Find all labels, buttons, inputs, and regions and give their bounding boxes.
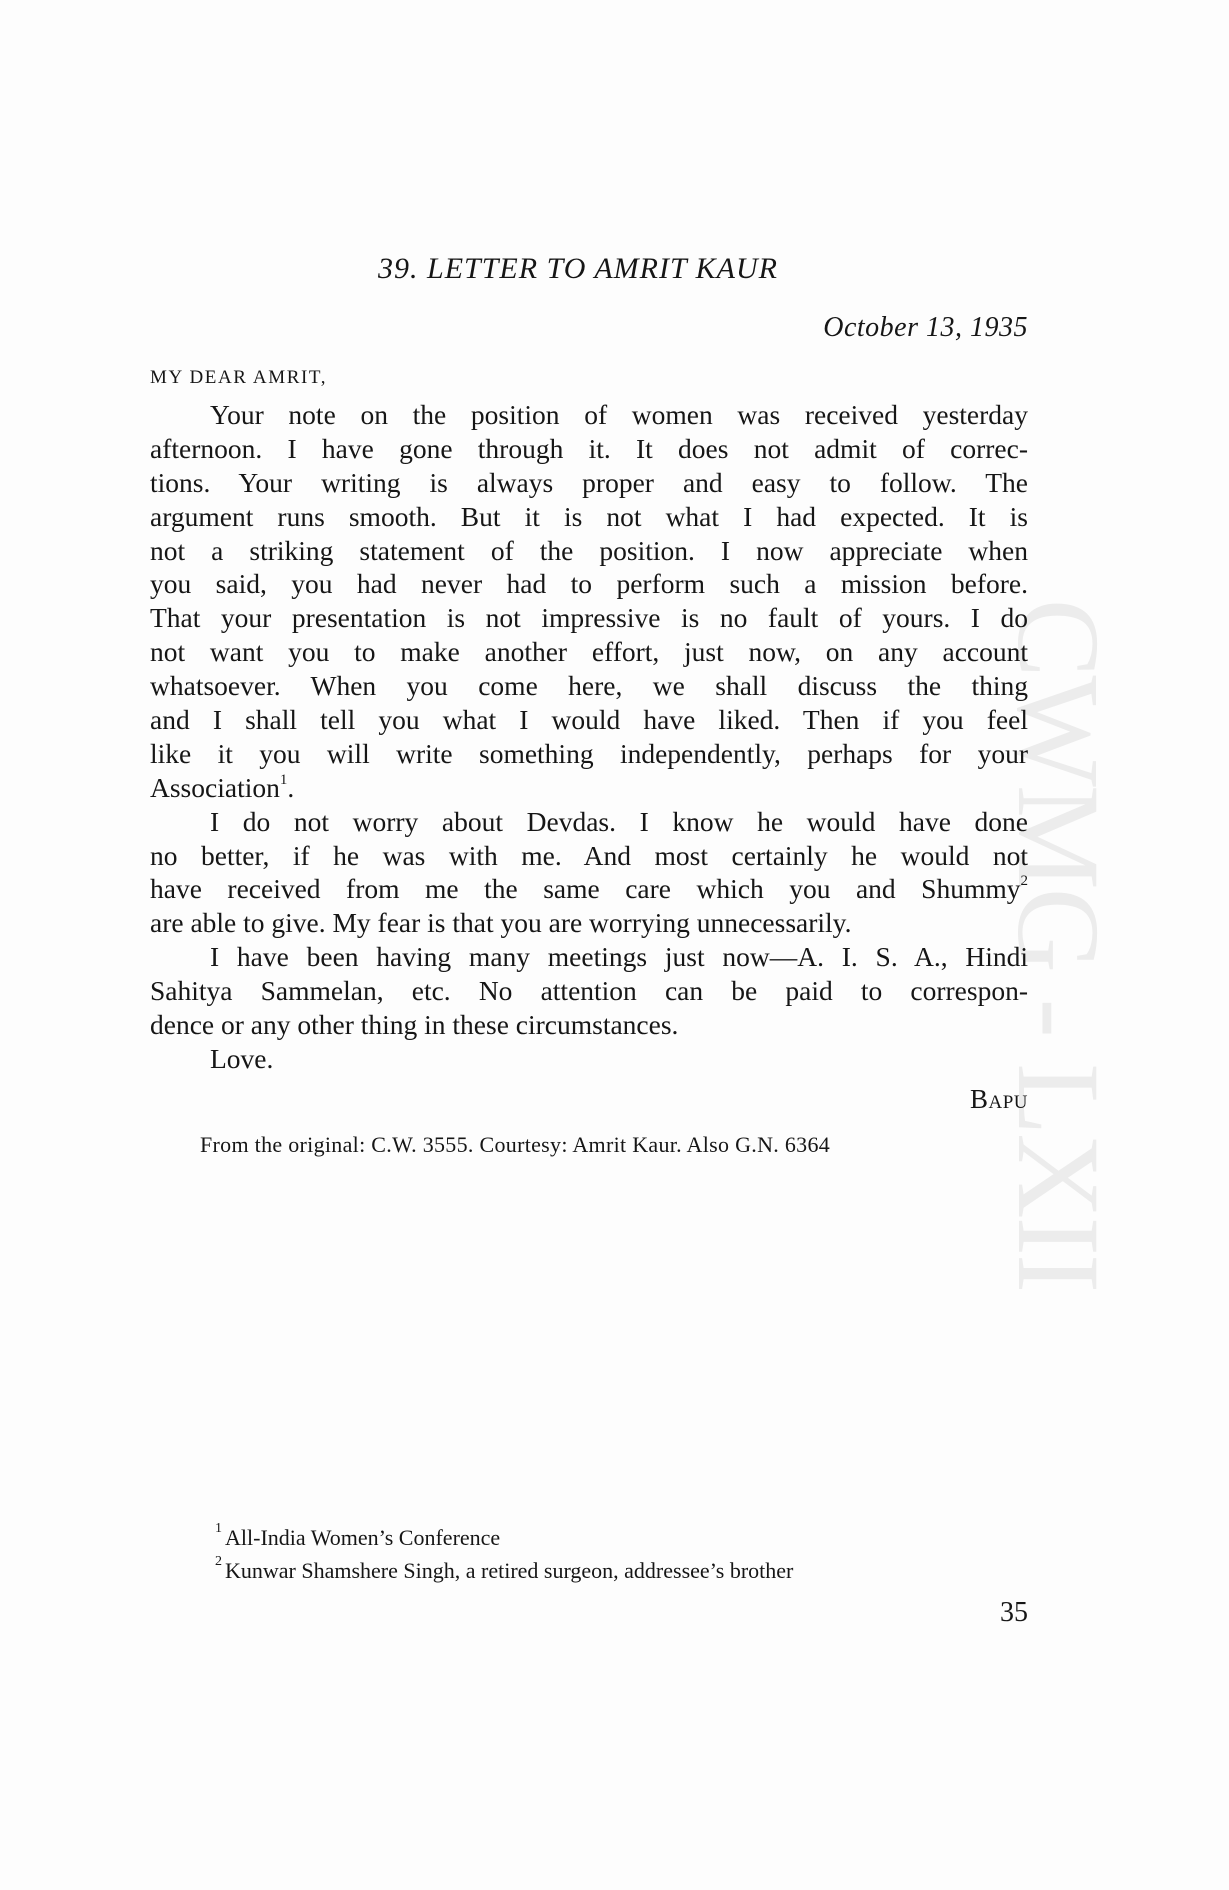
body-line: not want you to make another effort, jus… [150,635,1028,669]
signature: Bapu [900,1084,1028,1115]
footnote: 2Kunwar Shamshere Singh, a retired surge… [215,1554,793,1587]
body-line: like it you will write something indepen… [150,737,1028,771]
body-line: I have been having many meetings just no… [150,940,1028,974]
footnote-marker: 1 [215,1521,222,1536]
body-line: afternoon. I have gone through it. It do… [150,432,1028,466]
footnote-marker: 2 [215,1554,222,1569]
footnote-ref: 1 [280,772,288,788]
body-line: are able to give. My fear is that you ar… [150,906,1028,940]
footnote: 1All-India Women’s Conference [215,1521,793,1554]
body-line: Your note on the position of women was r… [150,398,1028,432]
body-line: you said, you had never had to perform s… [150,567,1028,601]
body-line: That your presentation is not impressive… [150,601,1028,635]
body-line: no better, if he was with me. And most c… [150,839,1028,873]
body-line: argument runs smooth. But it is not what… [150,500,1028,534]
body-line: Sahitya Sammelan, etc. No attention can … [150,974,1028,1008]
body-line: not a striking statement of the position… [150,534,1028,568]
body-line: tions. Your writing is always proper and… [150,466,1028,500]
body-line: have received from me the same care whic… [150,872,1028,906]
footnote-ref: 2 [1021,873,1029,889]
body-line: and I shall tell you what I would have l… [150,703,1028,737]
body-line: I do not worry about Devdas. I know he w… [150,805,1028,839]
body-line: Love. [150,1042,1028,1076]
body-line: dence or any other thing in these circum… [150,1008,1028,1042]
letter-date: October 13, 1935 [790,312,1028,344]
salutation: MY DEAR AMRIT, [150,367,327,389]
footnotes: 1All-India Women’s Conference2Kunwar Sha… [215,1521,793,1587]
letter-body: Your note on the position of women was r… [150,398,1028,1076]
document-title: 39. LETTER TO AMRIT KAUR [345,252,811,286]
body-line: Association1. [150,771,1028,805]
source-citation: From the original: C.W. 3555. Courtesy: … [200,1132,830,1158]
page-number: 35 [990,1597,1028,1629]
body-line: whatsoever. When you come here, we shall… [150,669,1028,703]
